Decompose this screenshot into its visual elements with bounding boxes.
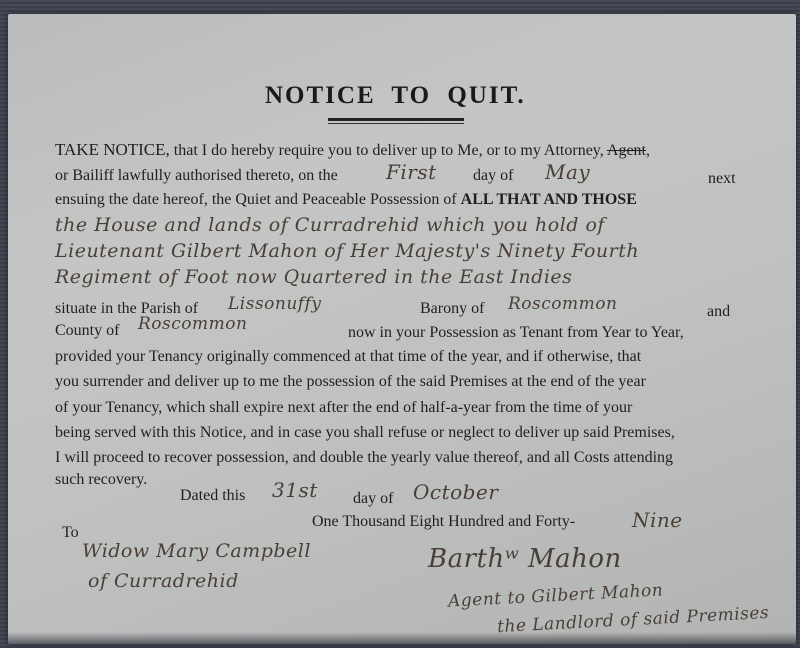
dated-label: Dated this xyxy=(180,487,245,505)
all-that-and-those: ALL THAT AND THOSE xyxy=(461,191,637,208)
line-1: TAKE NOTICE, that I do hereby require yo… xyxy=(55,140,650,160)
line-3: ensuing the date hereof, the Quiet and P… xyxy=(55,191,637,209)
property-line-2: Lieutenant Gilbert Mahon of Her Majesty'… xyxy=(55,240,639,262)
county-label: County of xyxy=(55,322,119,340)
barony-label: Barony of xyxy=(420,300,484,318)
handwritten-month: May xyxy=(545,160,590,184)
next-label: next xyxy=(708,170,736,188)
property-line-3: Regiment of Foot now Quartered in the Ea… xyxy=(55,266,572,288)
signature: Barthʷ Mahon xyxy=(428,544,622,574)
line-6-text: provided your Tenancy originally commenc… xyxy=(55,348,641,366)
handwritten-parish: Lissonuffy xyxy=(228,294,322,314)
line-10-text: I will proceed to recover possession, an… xyxy=(55,449,673,467)
line-9-text: being served with this Notice, and in ca… xyxy=(55,424,675,442)
property-line-1: the House and lands of Curradrehid which… xyxy=(55,214,605,236)
and-label: and xyxy=(707,303,730,321)
line-1-text: that I do hereby require you to deliver … xyxy=(170,142,607,159)
day-of-label: day of xyxy=(473,167,513,185)
year-label: One Thousand Eight Hundred and Forty- xyxy=(312,513,575,531)
handwritten-county: Roscommon xyxy=(138,314,247,334)
title-rule-thin xyxy=(328,123,464,124)
line-7-text: you surrender and deliver up to me the p… xyxy=(55,373,646,391)
take-notice-lead: TAKE NOTICE, xyxy=(55,140,170,159)
struck-word: Agent xyxy=(607,142,646,159)
handwritten-dated-day: 31st xyxy=(272,478,318,502)
handwritten-year: Nine xyxy=(632,508,683,532)
handwritten-day: First xyxy=(386,160,437,184)
title-rule xyxy=(328,118,464,121)
handwritten-dated-month: October xyxy=(413,480,498,504)
document-title: NOTICE TO QUIT. xyxy=(265,82,526,110)
line-8-text: of your Tenancy, which shall expire next… xyxy=(55,399,632,417)
recipient-line-2: of Curradrehid xyxy=(88,570,239,592)
line-1-tail: , xyxy=(646,142,650,159)
line-3-text: ensuing the date hereof, the Quiet and P… xyxy=(55,191,457,208)
line-2-text: or Bailiff lawfully authorised thereto, … xyxy=(55,167,338,185)
line-5-text: now in your Possession as Tenant from Ye… xyxy=(348,324,684,342)
to-label: To xyxy=(62,524,79,542)
handwritten-barony: Roscommon xyxy=(508,294,617,314)
recipient-line-1: Widow Mary Campbell xyxy=(82,540,311,562)
dated-day-of-label: day of xyxy=(353,490,393,508)
line-11-text: such recovery. xyxy=(55,471,147,489)
